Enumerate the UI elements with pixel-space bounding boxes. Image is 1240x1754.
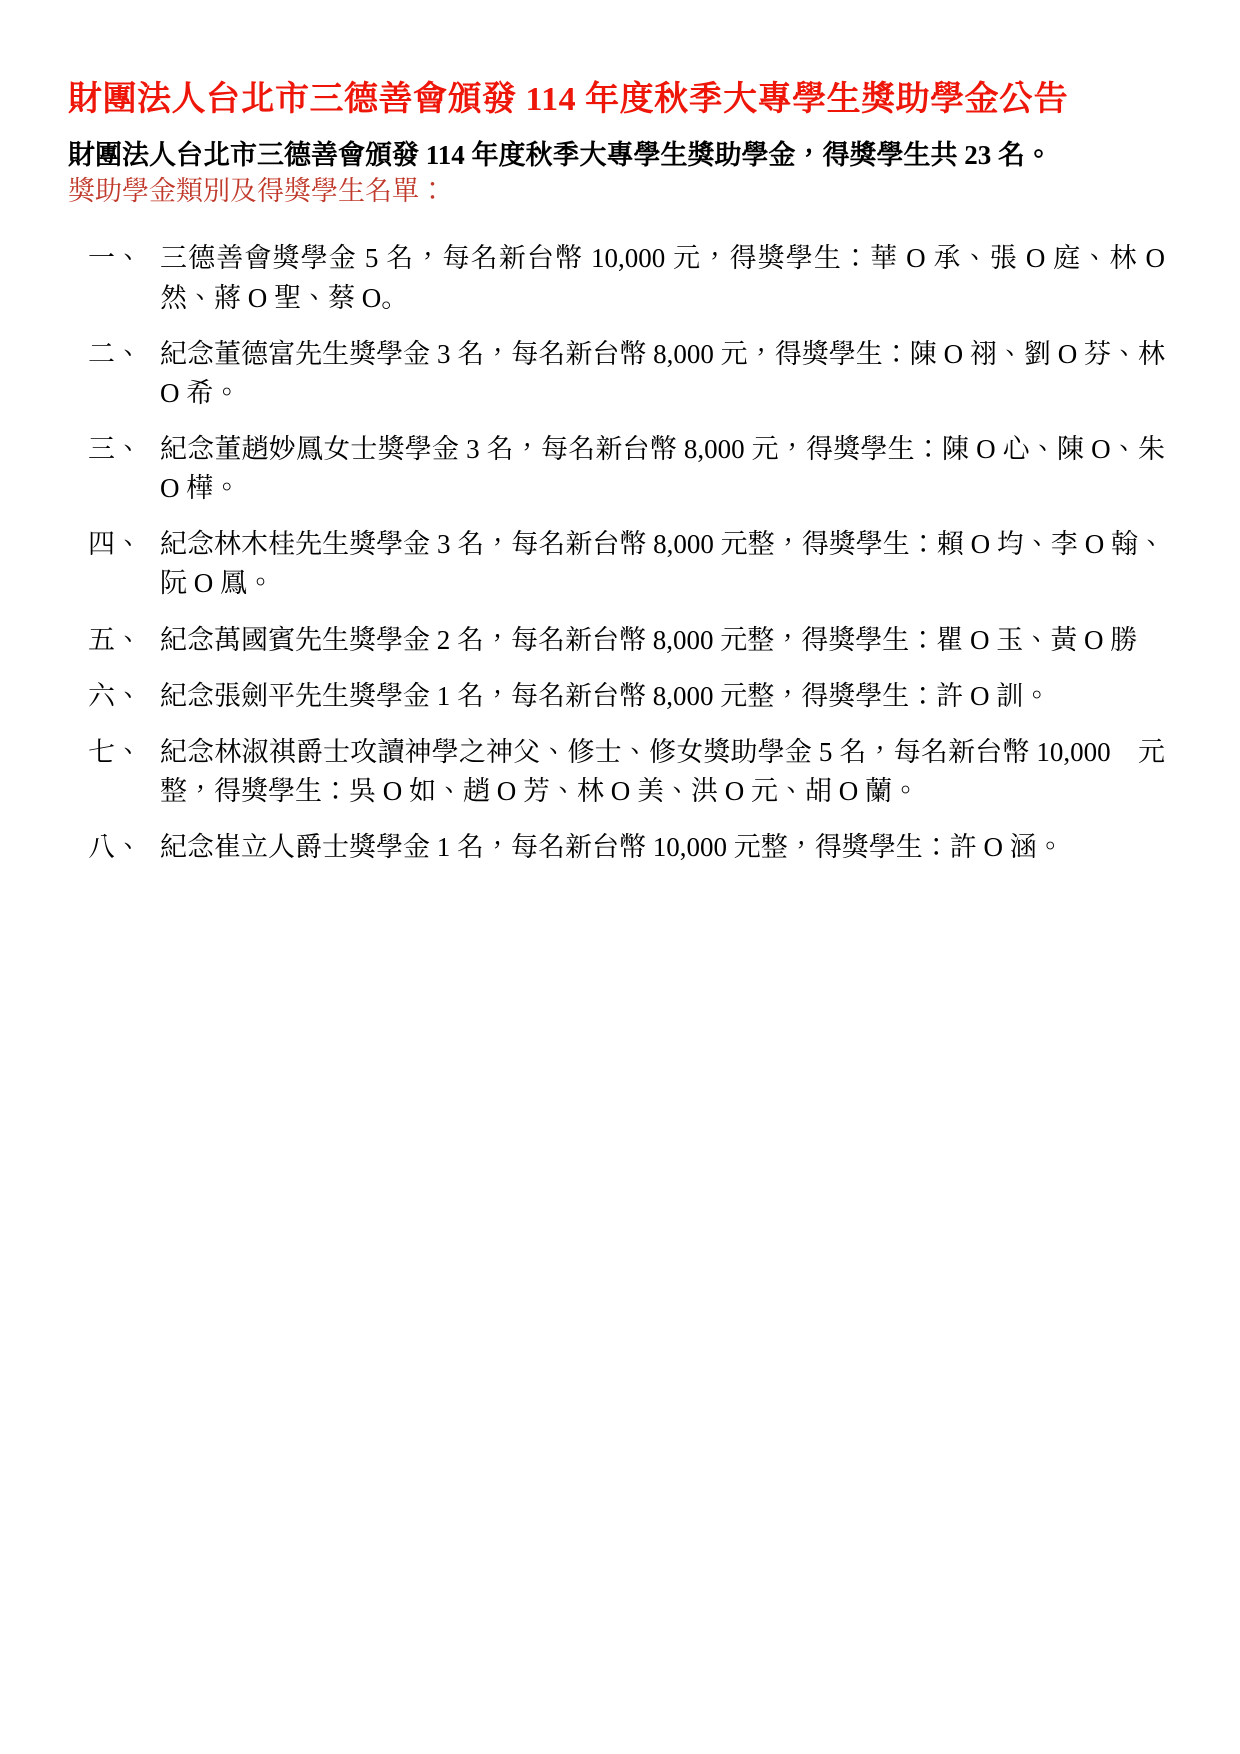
award-item-8: 八、 紀念崔立人爵士獎學金 1 名，每名新台幣 10,000 元整，得獎學生：許… [68, 828, 1165, 867]
award-list-subtitle: 獎助學金類別及得獎學生名單： [68, 174, 1165, 210]
award-list: 一、 三德善會獎學金 5 名，每名新台幣 10,000 元，得獎學生：華 O 承… [68, 239, 1165, 867]
award-item-7: 七、 紀念林淑祺爵士攻讀神學之神父、修士、修女獎助學金 5 名，每名新台幣 10… [68, 733, 1165, 811]
award-item-text: 三德善會獎學金 5 名，每名新台幣 10,000 元，得獎學生：華 O 承、張 … [160, 239, 1165, 317]
award-item-marker: 五、 [68, 621, 160, 660]
award-item-text: 紀念董趙妙鳳女士獎學金 3 名，每名新台幣 8,000 元，得獎學生：陳 O 心… [160, 430, 1165, 508]
award-item-1: 一、 三德善會獎學金 5 名，每名新台幣 10,000 元，得獎學生：華 O 承… [68, 239, 1165, 317]
award-item-text: 紀念林木桂先生獎學金 3 名，每名新台幣 8,000 元整，得獎學生：賴 O 均… [160, 525, 1165, 603]
award-item-marker: 四、 [68, 525, 160, 564]
intro-paragraph: 財團法人台北市三德善會頒發 114 年度秋季大專學生獎助學金，得獎學生共 23 … [68, 138, 1165, 174]
award-item-3: 三、 紀念董趙妙鳳女士獎學金 3 名，每名新台幣 8,000 元，得獎學生：陳 … [68, 430, 1165, 508]
award-item-4: 四、 紀念林木桂先生獎學金 3 名，每名新台幣 8,000 元整，得獎學生：賴 … [68, 525, 1165, 603]
page-title: 財團法人台北市三德善會頒發 114 年度秋季大專學生獎助學金公告 [68, 78, 1165, 122]
award-item-text: 紀念董德富先生獎學金 3 名，每名新台幣 8,000 元，得獎學生：陳 O 祤、… [160, 335, 1165, 413]
award-item-marker: 三、 [68, 430, 160, 469]
award-item-text: 紀念萬國賓先生獎學金 2 名，每名新台幣 8,000 元整，得獎學生：瞿 O 玉… [160, 621, 1165, 660]
award-item-text: 紀念林淑祺爵士攻讀神學之神父、修士、修女獎助學金 5 名，每名新台幣 10,00… [160, 733, 1165, 811]
award-item-marker: 二、 [68, 335, 160, 374]
award-item-text: 紀念崔立人爵士獎學金 1 名，每名新台幣 10,000 元整，得獎學生：許 O … [160, 828, 1165, 867]
award-item-marker: 一、 [68, 239, 160, 278]
award-item-5: 五、 紀念萬國賓先生獎學金 2 名，每名新台幣 8,000 元整，得獎學生：瞿 … [68, 621, 1165, 660]
award-item-6: 六、 紀念張劍平先生獎學金 1 名，每名新台幣 8,000 元整，得獎學生：許 … [68, 677, 1165, 716]
award-item-marker: 八、 [68, 828, 160, 867]
announcement-page: 財團法人台北市三德善會頒發 114 年度秋季大專學生獎助學金公告 財團法人台北市… [0, 0, 1240, 1754]
award-item-text: 紀念張劍平先生獎學金 1 名，每名新台幣 8,000 元整，得獎學生：許 O 訓… [160, 677, 1165, 716]
award-item-marker: 七、 [68, 733, 160, 772]
award-item-marker: 六、 [68, 677, 160, 716]
award-item-2: 二、 紀念董德富先生獎學金 3 名，每名新台幣 8,000 元，得獎學生：陳 O… [68, 335, 1165, 413]
